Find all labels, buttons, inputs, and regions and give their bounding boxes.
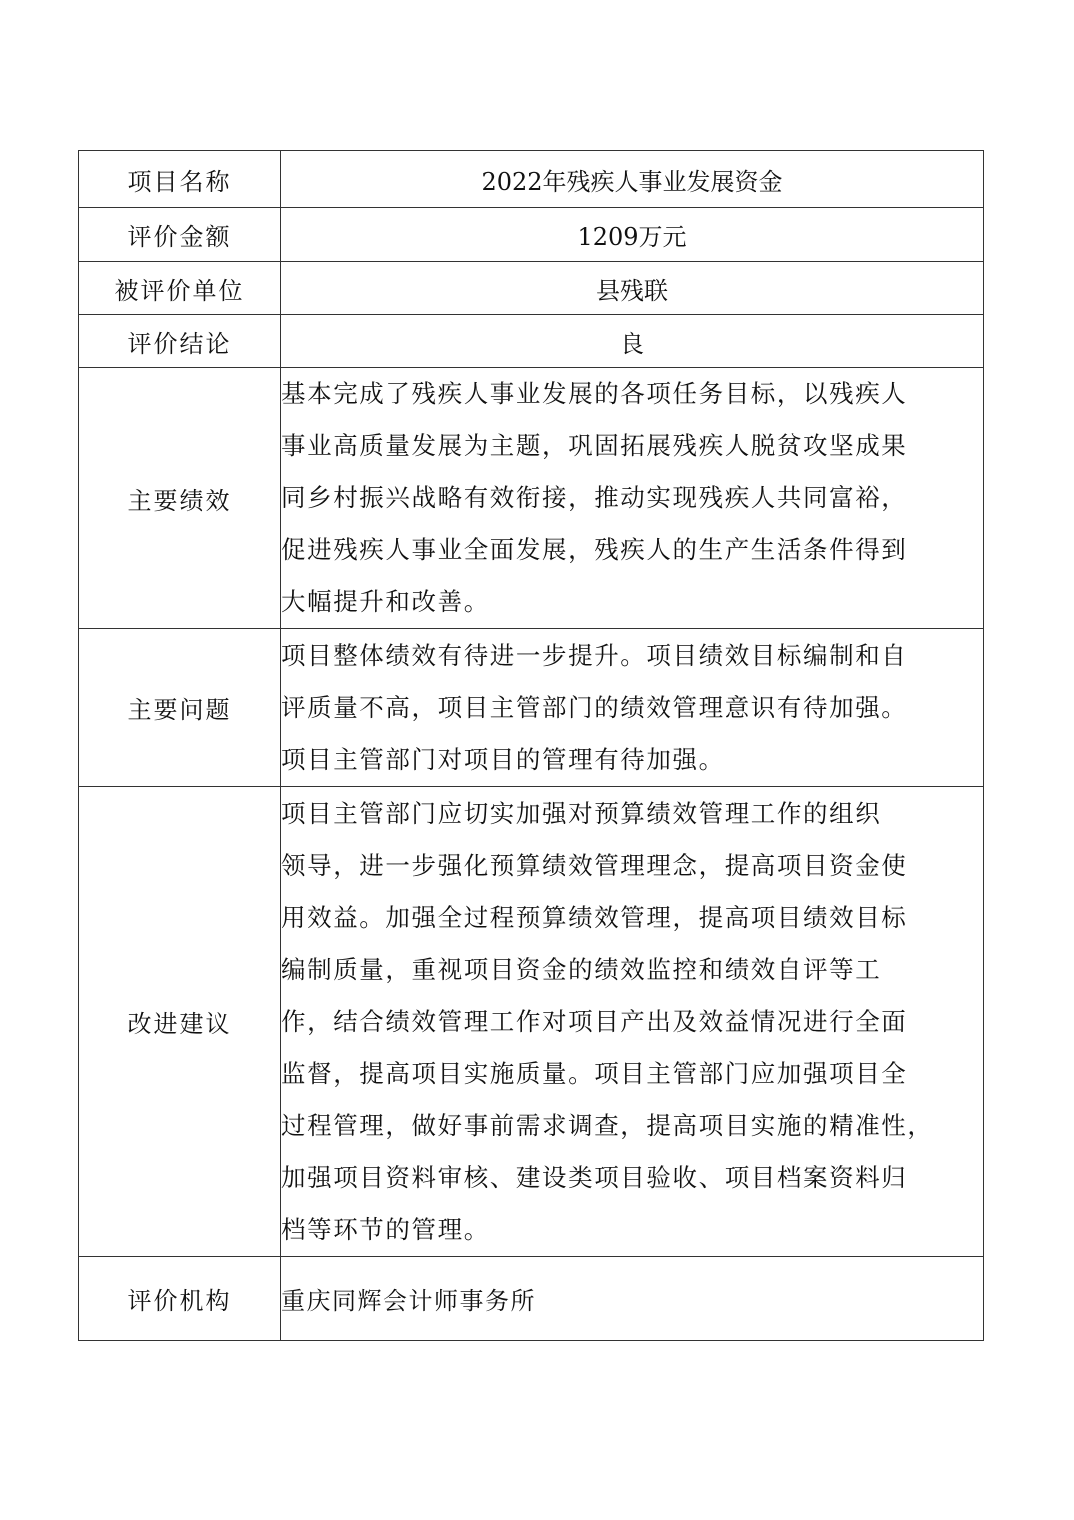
problems-line: 评质量不高，项目主管部门的绩效管理意识有待加强。 (281, 682, 983, 734)
performance-line: 大幅提升和改善。 (281, 576, 983, 628)
suggestions-line: 作，结合绩效管理工作对项目产出及效益情况进行全面 (281, 996, 983, 1048)
label-evaluation-amount: 评价金额 (79, 208, 281, 262)
row-evaluation-amount: 评价金额 1209万元 (79, 208, 984, 262)
suggestions-line: 过程管理，做好事前需求调查，提高项目实施的精准性， (281, 1100, 983, 1152)
performance-line: 同乡村振兴战略有效衔接，推动实现残疾人共同富裕， (281, 472, 983, 524)
label-main-problems: 主要问题 (79, 629, 281, 787)
value-evaluated-unit: 县残联 (281, 262, 984, 315)
value-evaluation-agency: 重庆同辉会计师事务所 (281, 1257, 984, 1341)
suggestions-line: 监督，提高项目实施质量。项目主管部门应加强项目全 (281, 1048, 983, 1100)
performance-line: 促进残疾人事业全面发展，残疾人的生产生活条件得到 (281, 524, 983, 576)
performance-line: 事业高质量发展为主题，巩固拓展残疾人脱贫攻坚成果 (281, 420, 983, 472)
row-improvement-suggestions: 改进建议 项目主管部门应切实加强对预算绩效管理工作的组织 领导，进一步强化预算绩… (79, 787, 984, 1257)
suggestions-line: 编制质量，重视项目资金的绩效监控和绩效自评等工 (281, 944, 983, 996)
suggestions-line: 加强项目资料审核、建设类项目验收、项目档案资料归 (281, 1152, 983, 1204)
row-evaluated-unit: 被评价单位 县残联 (79, 262, 984, 315)
problems-line: 项目主管部门对项目的管理有待加强。 (281, 734, 983, 786)
label-main-performance: 主要绩效 (79, 368, 281, 629)
value-evaluation-conclusion: 良 (281, 315, 984, 368)
label-evaluated-unit: 被评价单位 (79, 262, 281, 315)
row-evaluation-agency: 评价机构 重庆同辉会计师事务所 (79, 1257, 984, 1341)
label-improvement-suggestions: 改进建议 (79, 787, 281, 1257)
label-evaluation-conclusion: 评价结论 (79, 315, 281, 368)
row-project-name: 项目名称 2022年残疾人事业发展资金 (79, 151, 984, 208)
row-main-performance: 主要绩效 基本完成了残疾人事业发展的各项任务目标，以残疾人 事业高质量发展为主题… (79, 368, 984, 629)
suggestions-line: 档等环节的管理。 (281, 1204, 983, 1256)
problems-line: 项目整体绩效有待进一步提升。项目绩效目标编制和自 (281, 630, 983, 682)
value-evaluation-amount: 1209万元 (281, 208, 984, 262)
label-project-name: 项目名称 (79, 151, 281, 208)
suggestions-line: 项目主管部门应切实加强对预算绩效管理工作的组织 (281, 788, 983, 840)
value-main-performance: 基本完成了残疾人事业发展的各项任务目标，以残疾人 事业高质量发展为主题，巩固拓展… (281, 368, 984, 629)
row-evaluation-conclusion: 评价结论 良 (79, 315, 984, 368)
suggestions-line: 用效益。加强全过程预算绩效管理，提高项目绩效目标 (281, 892, 983, 944)
value-main-problems: 项目整体绩效有待进一步提升。项目绩效目标编制和自 评质量不高，项目主管部门的绩效… (281, 629, 984, 787)
label-evaluation-agency: 评价机构 (79, 1257, 281, 1341)
suggestions-line: 领导，进一步强化预算绩效管理理念，提高项目资金使 (281, 840, 983, 892)
value-improvement-suggestions: 项目主管部门应切实加强对预算绩效管理工作的组织 领导，进一步强化预算绩效管理理念… (281, 787, 984, 1257)
performance-line: 基本完成了残疾人事业发展的各项任务目标，以残疾人 (281, 368, 983, 420)
value-project-name: 2022年残疾人事业发展资金 (281, 151, 984, 208)
evaluation-report-table: 项目名称 2022年残疾人事业发展资金 评价金额 1209万元 被评价单位 县残… (78, 150, 984, 1341)
row-main-problems: 主要问题 项目整体绩效有待进一步提升。项目绩效目标编制和自 评质量不高，项目主管… (79, 629, 984, 787)
